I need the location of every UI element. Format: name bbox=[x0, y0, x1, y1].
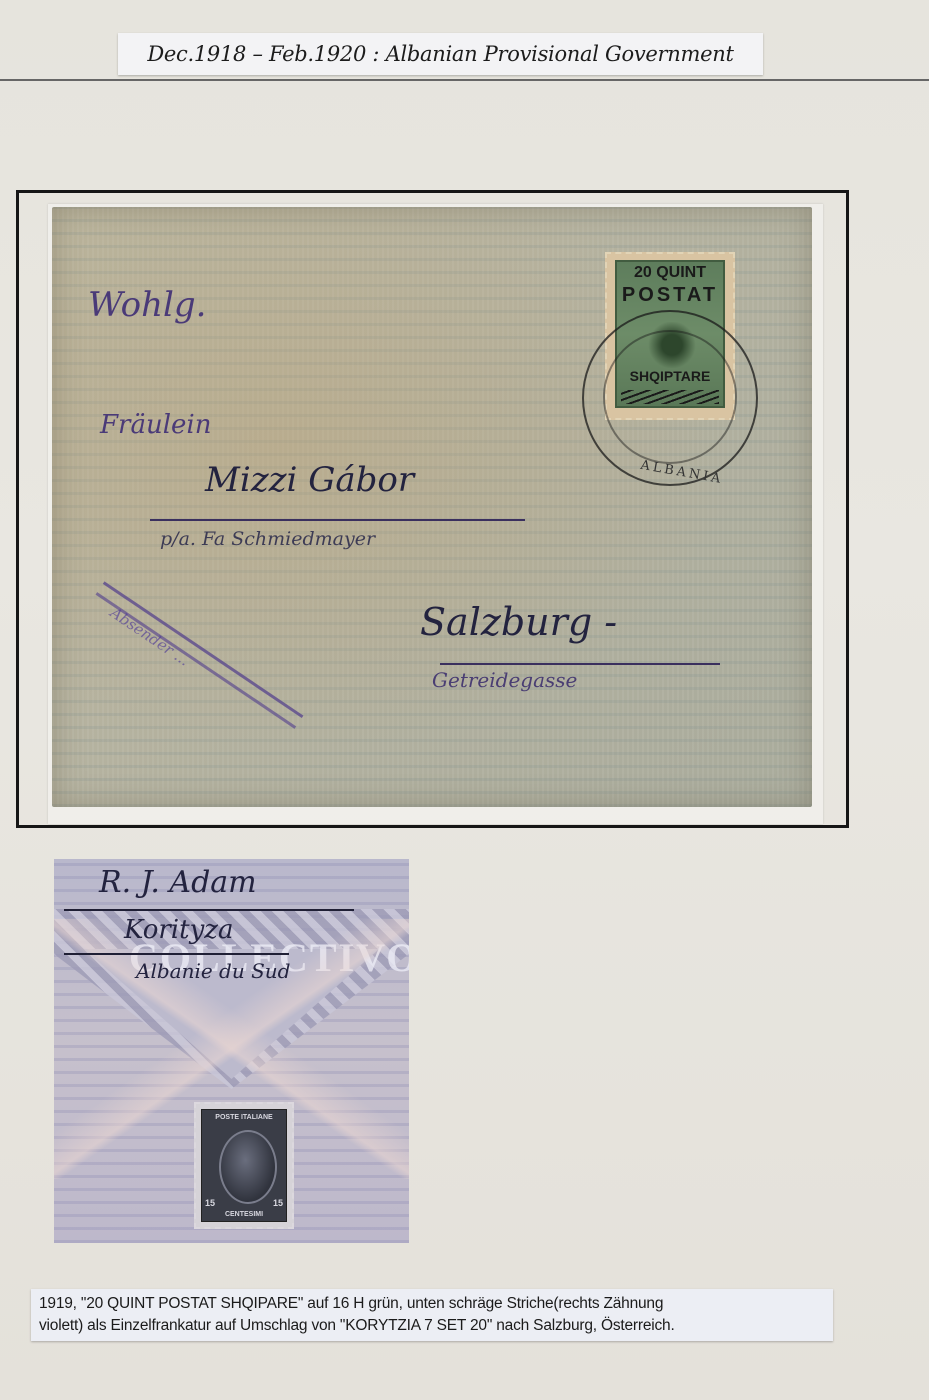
handwritten-city: Salzburg - bbox=[420, 600, 617, 644]
stamp2-top-text: POSTE ITALIANE bbox=[202, 1114, 286, 1121]
stamp2-value-left: 15 bbox=[205, 1198, 215, 1208]
handwritten-sender: R. J. Adam bbox=[99, 865, 257, 900]
handwritten-salutation: Fräulein bbox=[100, 410, 211, 440]
handwritten-street: Getreidegasse bbox=[432, 668, 577, 692]
stamp2-design: POSTE ITALIANE 15 15 CENTESIMI bbox=[201, 1109, 287, 1222]
handwritten-care-of: p/a. Fa Schmiedmayer bbox=[160, 528, 375, 550]
stamp2-value-right: 15 bbox=[273, 1198, 283, 1208]
caption-line-1: 1919, "20 QUINT POSTAT SHQIPARE" auf 16 … bbox=[39, 1293, 825, 1315]
overprint-postat: POSTAT bbox=[617, 284, 723, 307]
handwritten-note: Wohlg. bbox=[88, 285, 206, 325]
sender-underline bbox=[64, 909, 354, 911]
king-portrait-icon bbox=[219, 1130, 277, 1204]
stamp2-bottom-text: CENTESIMI bbox=[202, 1211, 286, 1218]
name-underline bbox=[150, 519, 525, 521]
handwritten-sender-city: Korityza bbox=[124, 915, 233, 945]
italian-stamp: POSTE ITALIANE 15 15 CENTESIMI bbox=[194, 1102, 294, 1229]
description-caption: 1919, "20 QUINT POSTAT SHQIPARE" auf 16 … bbox=[31, 1289, 833, 1341]
handwritten-sender-country: Albanie du Sud bbox=[136, 959, 290, 983]
overprint-value: 20 QUINT bbox=[617, 264, 723, 282]
header-rule bbox=[0, 79, 929, 81]
page-title-strip: Dec.1918 – Feb.1920 : Albanian Provision… bbox=[118, 33, 763, 75]
page-title: Dec.1918 – Feb.1920 : Albanian Provision… bbox=[147, 42, 733, 66]
postmark-circle-inner bbox=[603, 330, 737, 464]
city-underline bbox=[440, 663, 720, 665]
envelope-back: COLLECTIVO R. J. Adam Korityza Albanie d… bbox=[54, 859, 409, 1243]
sender-city-underline bbox=[64, 953, 289, 955]
handwritten-recipient-name: Mizzi Gábor bbox=[205, 460, 414, 500]
caption-line-2: violett) als Einzelfrankatur auf Umschla… bbox=[39, 1315, 825, 1337]
